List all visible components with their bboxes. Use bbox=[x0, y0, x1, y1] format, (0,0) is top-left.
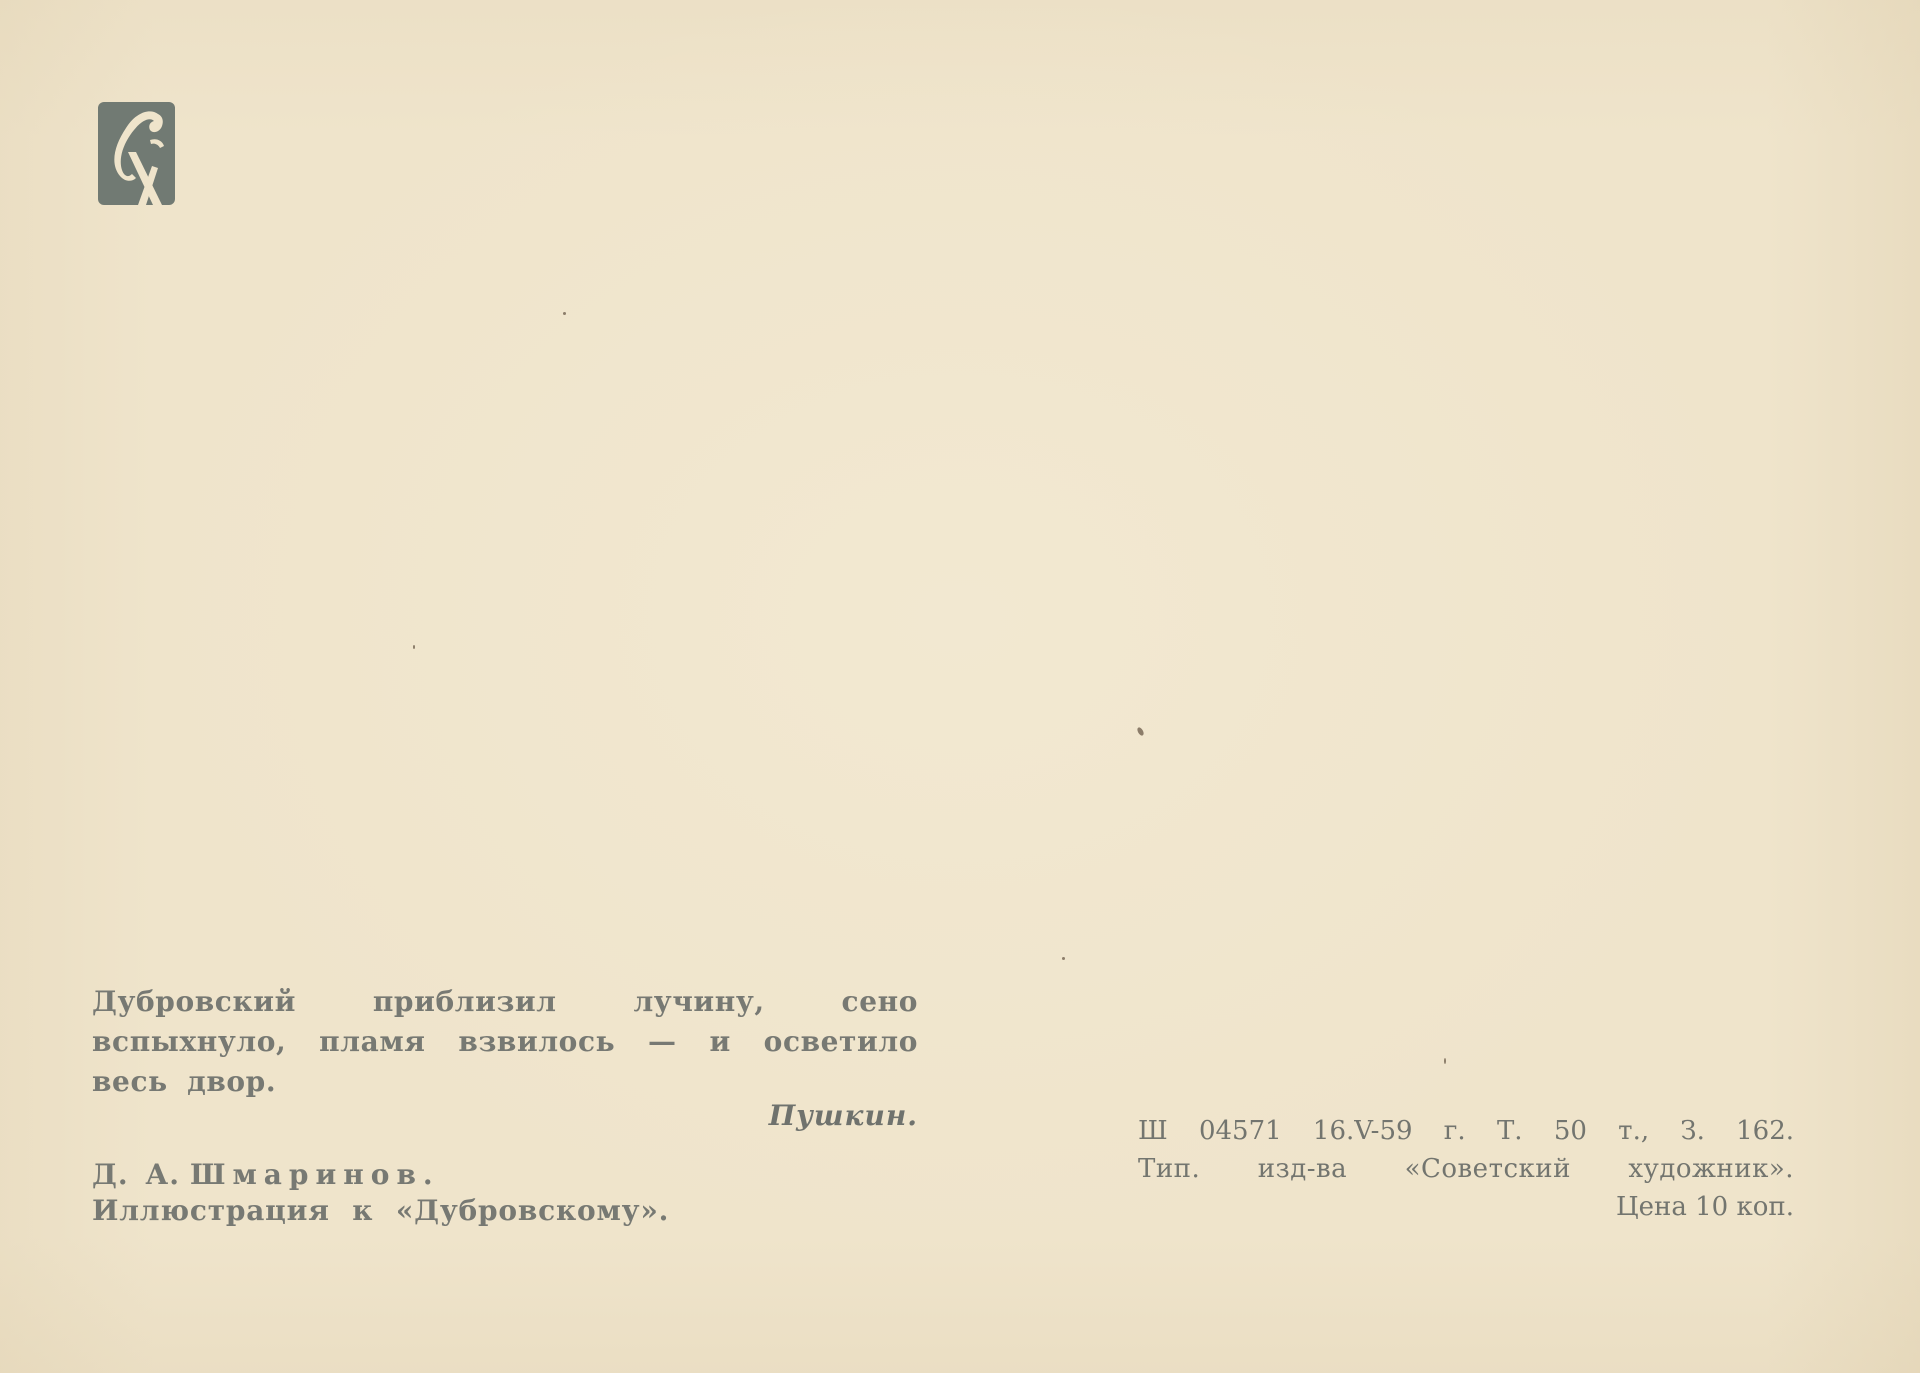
price-line: Цена 10 коп. bbox=[1138, 1188, 1794, 1226]
publisher-monogram-sx-icon bbox=[98, 102, 175, 205]
illustration-title: Иллюстрация к «Дубровскому». bbox=[92, 1193, 669, 1229]
paper-speck bbox=[1062, 957, 1065, 960]
paper-speck bbox=[1136, 726, 1145, 736]
artist-surname: Шмаринов. bbox=[190, 1158, 440, 1191]
paper-speck bbox=[413, 645, 415, 649]
artist-initials: Д. А. bbox=[92, 1158, 180, 1191]
quote-line: Дубровский приблизил лучину, сено bbox=[92, 982, 918, 1022]
artist-credit: Д. А.Шмаринов. bbox=[92, 1157, 440, 1193]
quote-caption: Дубровский приблизил лучину, сено вспыхн… bbox=[92, 982, 918, 1102]
quote-author: Пушкин. bbox=[92, 1098, 918, 1134]
paper-speck bbox=[563, 312, 566, 315]
quote-line: весь двор. bbox=[92, 1062, 918, 1102]
paper-speck bbox=[1444, 1058, 1446, 1064]
catalog-line: Ш 04571 16.V-59 г. Т. 50 т., З. 162. bbox=[1138, 1112, 1794, 1150]
quote-line: вспыхнуло, пламя взвилось — и осветило bbox=[92, 1022, 918, 1062]
publisher-imprint: Ш 04571 16.V-59 г. Т. 50 т., З. 162. Тип… bbox=[1138, 1112, 1794, 1226]
printer-line: Тип. изд-ва «Советский художник». bbox=[1138, 1150, 1794, 1188]
postcard-back: Дубровский приблизил лучину, сено вспыхн… bbox=[0, 0, 1920, 1373]
